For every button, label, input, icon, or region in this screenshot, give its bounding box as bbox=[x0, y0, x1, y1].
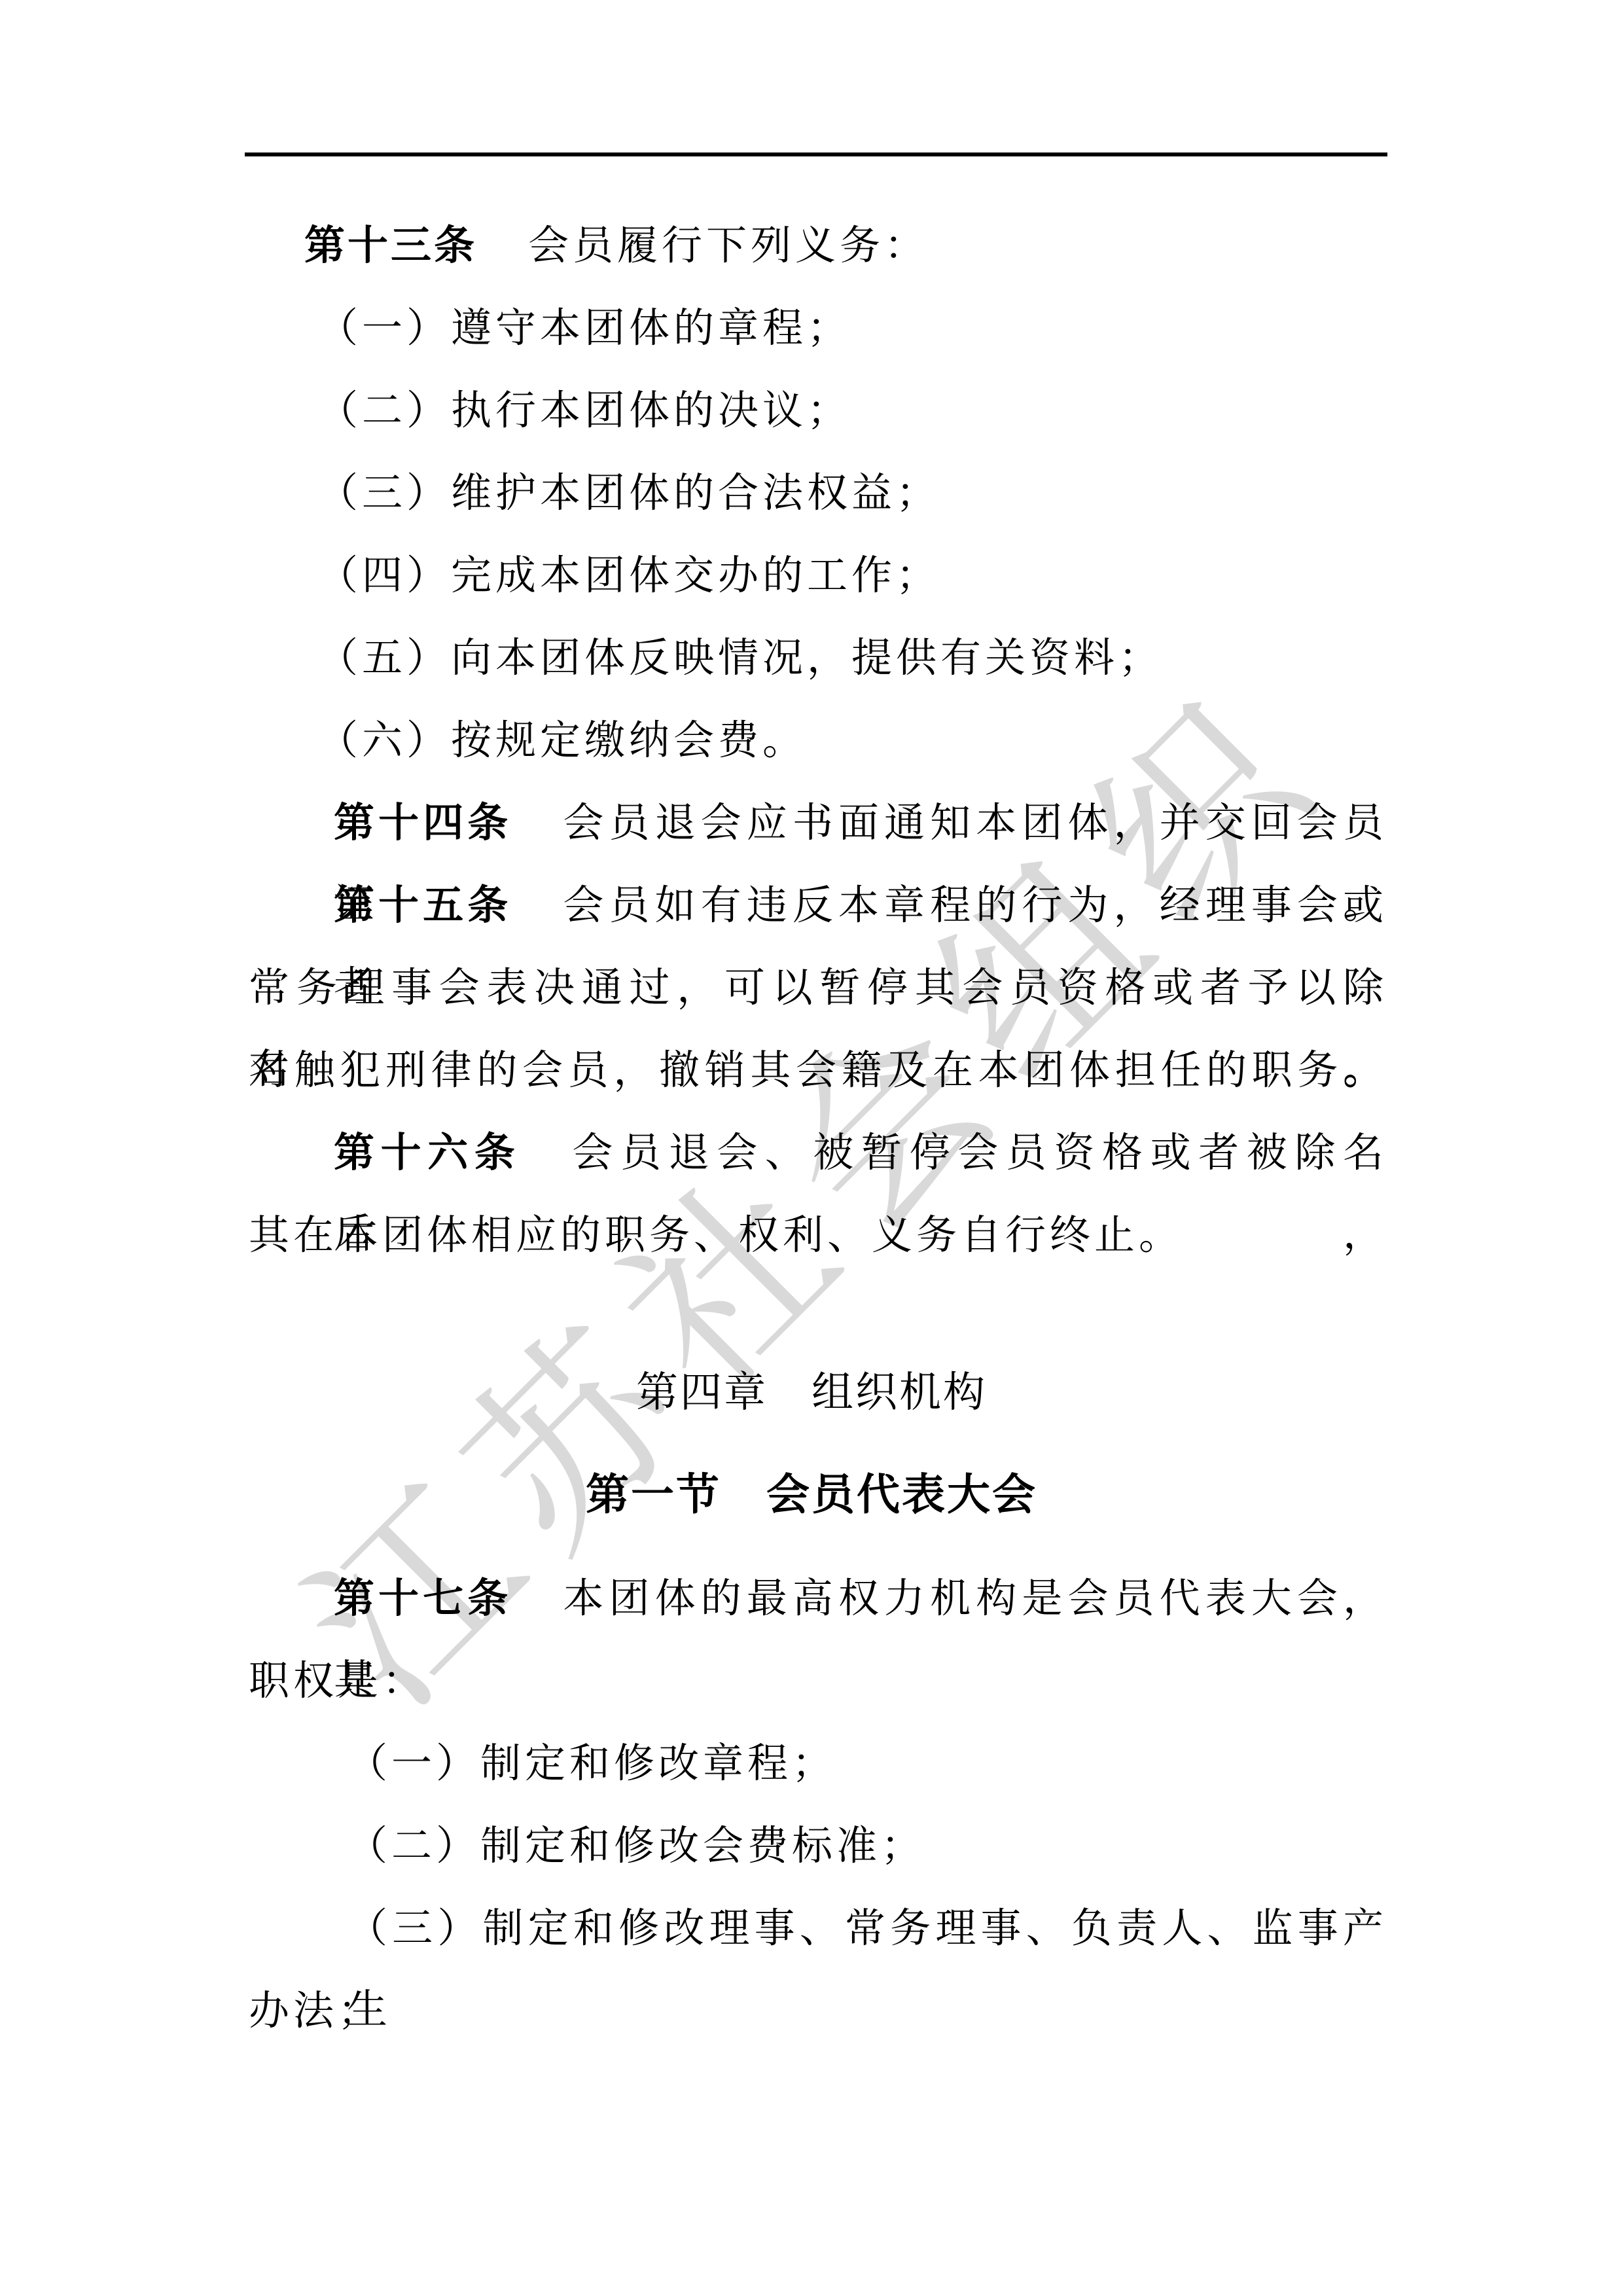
article-15-number: 第十五条 bbox=[334, 883, 512, 928]
list-item: （三）维护本团体的合法权益； bbox=[317, 453, 940, 534]
article-16-continuation: 其在本团体相应的职务、权利、义务自行终止。 bbox=[249, 1195, 1183, 1276]
document-page: 江苏社会组织 第十三条会员履行下列义务： （一）遵守本团体的章程； （二）执行本… bbox=[0, 0, 1623, 2296]
list-item: （二）制定和修改会费标准； bbox=[347, 1806, 925, 1887]
list-item: （五）向本团体反映情况，提供有关资料； bbox=[317, 618, 1163, 699]
section-heading: 第一节 会员代表大会 bbox=[0, 1454, 1623, 1535]
article-15-continuation: 对触犯刑律的会员，撤销其会籍及在本团体担任的职务。 bbox=[249, 1030, 1387, 1111]
article-17-continuation: 职权是： bbox=[249, 1641, 427, 1722]
chapter-heading: 第四章 组织机构 bbox=[0, 1352, 1623, 1433]
article-16-number: 第十六条 bbox=[334, 1130, 521, 1175]
list-item: （六）按规定缴纳会费。 bbox=[317, 700, 807, 781]
article-14-number: 第十四条 bbox=[334, 800, 512, 846]
list-item-continuation: 办法； bbox=[249, 1971, 382, 2052]
list-item: （一）遵守本团体的章程； bbox=[317, 288, 851, 369]
article-13-line: 第十三条会员履行下列义务： bbox=[304, 206, 929, 287]
list-item: （四）完成本团体交办的工作； bbox=[317, 535, 940, 617]
article-13-text: 会员履行下列义务： bbox=[528, 224, 929, 268]
list-item: （二）执行本团体的决议； bbox=[317, 370, 851, 452]
article-17-number: 第十七条 bbox=[334, 1576, 512, 1621]
header-rule bbox=[245, 152, 1387, 156]
article-13-number: 第十三条 bbox=[304, 223, 477, 268]
list-item: （一）制定和修改章程； bbox=[347, 1723, 836, 1804]
list-item: （三）制定和修改理事、常务理事、负责人、监事产生 bbox=[347, 1888, 1387, 2051]
article-17-line: 第十七条本团体的最高权力机构是会员代表大会，其 bbox=[334, 1558, 1387, 1721]
